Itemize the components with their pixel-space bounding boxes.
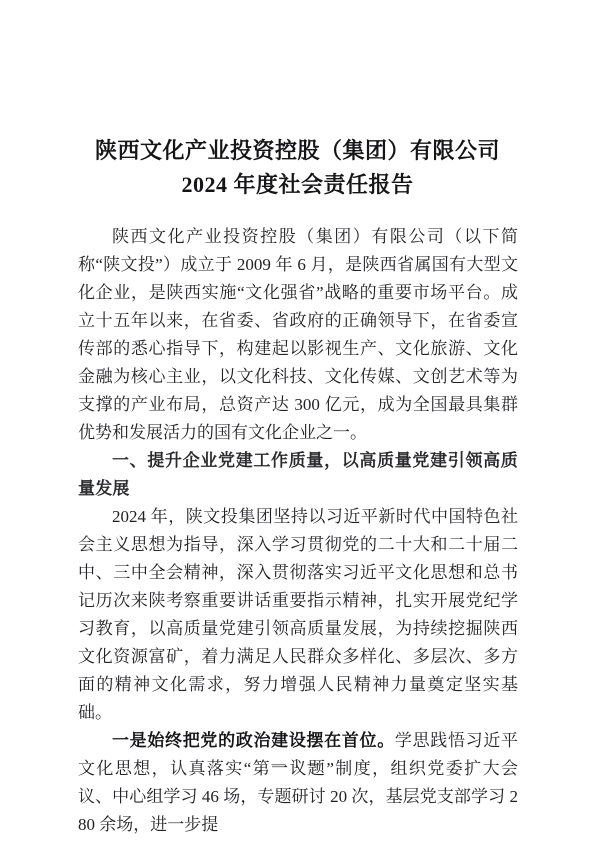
report-page: 陕西文化产业投资控股（集团）有限公司 2024 年度社会责任报告 陕西文化产业投…	[0, 0, 595, 841]
paragraph-intro: 陕西文化产业投资控股（集团）有限公司（以下简称“陕文投”）成立于 2009 年 …	[78, 223, 518, 447]
title-line-report: 2024 年度社会责任报告	[0, 168, 595, 202]
section-1-heading: 一、提升企业党建工作质量，以高质量党建引领高质量发展	[78, 447, 518, 503]
paragraph-point-1: 一是始终把党的政治建设摆在首位。学思践悟习近平文化思想，认真落实“第一议题”制度…	[78, 727, 518, 839]
document-title: 陕西文化产业投资控股（集团）有限公司 2024 年度社会责任报告	[0, 0, 595, 202]
point-1-lead-sentence: 一是始终把党的政治建设摆在首位。	[112, 731, 395, 750]
paragraph-section-1: 2024 年，陕文投集团坚持以习近平新时代中国特色社会主义思想为指导，深入学习贯…	[78, 503, 518, 727]
page-number: — 1 —	[0, 757, 595, 773]
title-line-company: 陕西文化产业投资控股（集团）有限公司	[0, 134, 595, 168]
document-body: 陕西文化产业投资控股（集团）有限公司（以下简称“陕文投”）成立于 2009 年 …	[78, 223, 518, 839]
